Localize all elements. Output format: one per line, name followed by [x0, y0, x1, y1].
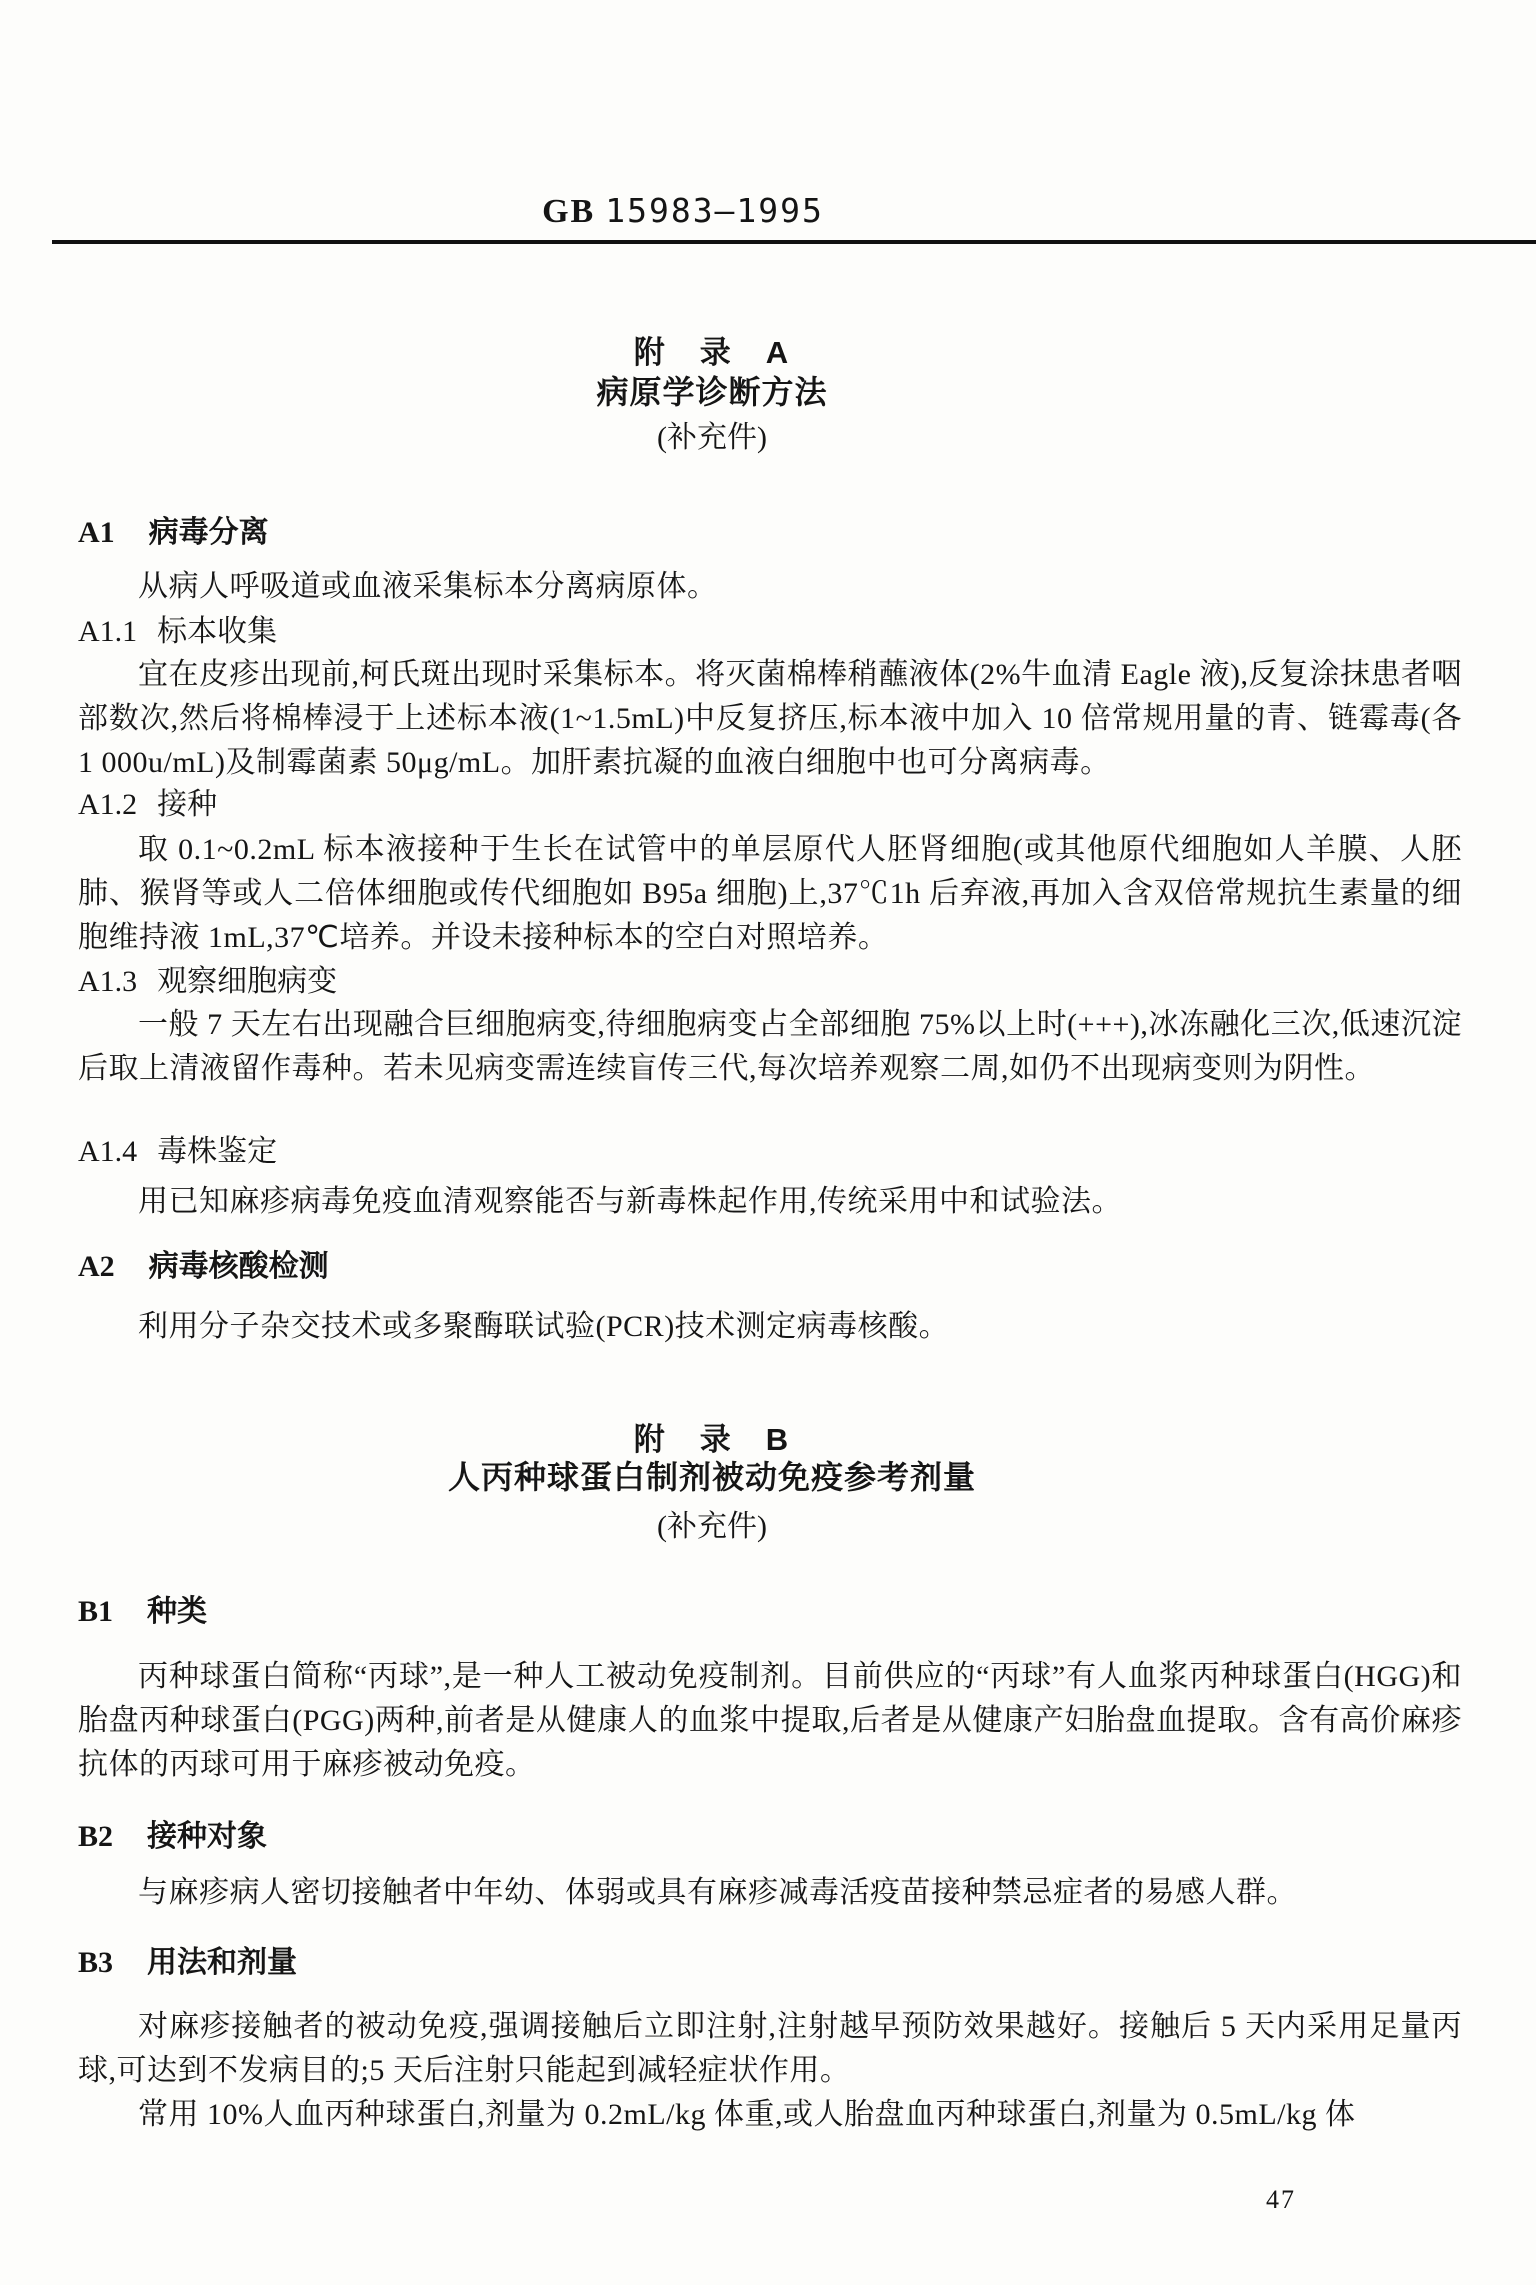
paragraph-a1-4: 用已知麻疹病毒免疫血清观察能否与新毒株起作用,传统采用中和试验法。	[78, 1180, 1462, 1224]
paragraph-a1-intro: 从病人呼吸道或血液采集标本分离病原体。	[78, 565, 1462, 609]
standard-number: GB15983—1995	[0, 191, 1366, 232]
standard-prefix: GB	[542, 193, 595, 230]
appendix-b-title: 人丙种球蛋白制剂被动免疫参考剂量	[0, 1455, 1424, 1499]
section-heading-a1-2: A1.2接种	[78, 783, 217, 827]
paragraph-a1-3: 一般 7 天左右出现融合巨细胞病变,待细胞病变占全部细胞 75%以上时(+++)…	[78, 1003, 1462, 1091]
section-number-b1: B1	[78, 1590, 113, 1634]
section-title-b1: 种类	[147, 1595, 207, 1628]
header-rule	[52, 240, 1536, 244]
section-number-a1-2: A1.2	[78, 783, 137, 827]
section-number-a1-3: A1.3	[78, 960, 137, 1004]
section-heading-b3: B3用法和剂量	[78, 1941, 297, 1985]
section-title-a1-2: 接种	[157, 788, 217, 821]
section-title-a2: 病毒核酸检测	[149, 1250, 329, 1283]
section-heading-b1: B1种类	[78, 1590, 207, 1634]
paragraph-b2: 与麻疹病人密切接触者中年幼、体弱或具有麻疹减毒活疫苗接种禁忌症者的易感人群。	[78, 1871, 1462, 1915]
standard-code: 15983—1995	[605, 191, 824, 230]
section-title-a1: 病毒分离	[149, 516, 269, 549]
document-page: GB15983—1995 附 录 A 病原学诊断方法 (补充件) A1病毒分离 …	[0, 0, 1536, 2285]
paragraph-b1: 丙种球蛋白简称“丙球”,是一种人工被动免疫制剂。目前供应的“丙球”有人血浆丙种球…	[78, 1655, 1462, 1787]
paragraph-a1-1: 宜在皮疹出现前,柯氏斑出现时采集标本。将灭菌棉棒稍蘸液体(2%牛血清 Eagle…	[78, 653, 1462, 785]
section-number-a1: A1	[78, 511, 115, 555]
page-number: 47	[1266, 2185, 1296, 2215]
section-number-a1-4: A1.4	[78, 1130, 137, 1174]
section-number-a2: A2	[78, 1245, 115, 1289]
paragraph-a1-2: 取 0.1~0.2mL 标本液接种于生长在试管中的单层原代人胚肾细胞(或其他原代…	[78, 828, 1462, 960]
section-heading-b2: B2接种对象	[78, 1815, 267, 1859]
paragraph-b3-2: 常用 10%人血丙种球蛋白,剂量为 0.2mL/kg 体重,或人胎盘血丙种球蛋白…	[78, 2093, 1462, 2137]
section-number-b2: B2	[78, 1815, 113, 1859]
section-heading-a1: A1病毒分离	[78, 511, 269, 555]
section-title-a1-1: 标本收集	[157, 615, 277, 648]
section-title-a1-4: 毒株鉴定	[157, 1135, 277, 1168]
section-number-a1-1: A1.1	[78, 610, 137, 654]
appendix-a-label: 附 录 A	[0, 331, 1424, 375]
section-heading-a2: A2病毒核酸检测	[78, 1245, 329, 1289]
paragraph-a2: 利用分子杂交技术或多聚酶联试验(PCR)技术测定病毒核酸。	[78, 1305, 1462, 1349]
paragraph-b3-1: 对麻疹接触者的被动免疫,强调接触后立即注射,注射越早预防效果越好。接触后 5 天…	[78, 2005, 1462, 2093]
appendix-b-subtitle: (补充件)	[0, 1505, 1424, 1549]
section-title-b2: 接种对象	[147, 1820, 267, 1853]
appendix-a-title: 病原学诊断方法	[0, 370, 1424, 414]
section-title-b3: 用法和剂量	[147, 1946, 297, 1979]
section-number-b3: B3	[78, 1941, 113, 1985]
section-heading-a1-3: A1.3观察细胞病变	[78, 960, 337, 1004]
section-heading-a1-1: A1.1标本收集	[78, 610, 277, 654]
appendix-a-subtitle: (补充件)	[0, 416, 1424, 460]
section-title-a1-3: 观察细胞病变	[157, 965, 337, 998]
section-heading-a1-4: A1.4毒株鉴定	[78, 1130, 277, 1174]
